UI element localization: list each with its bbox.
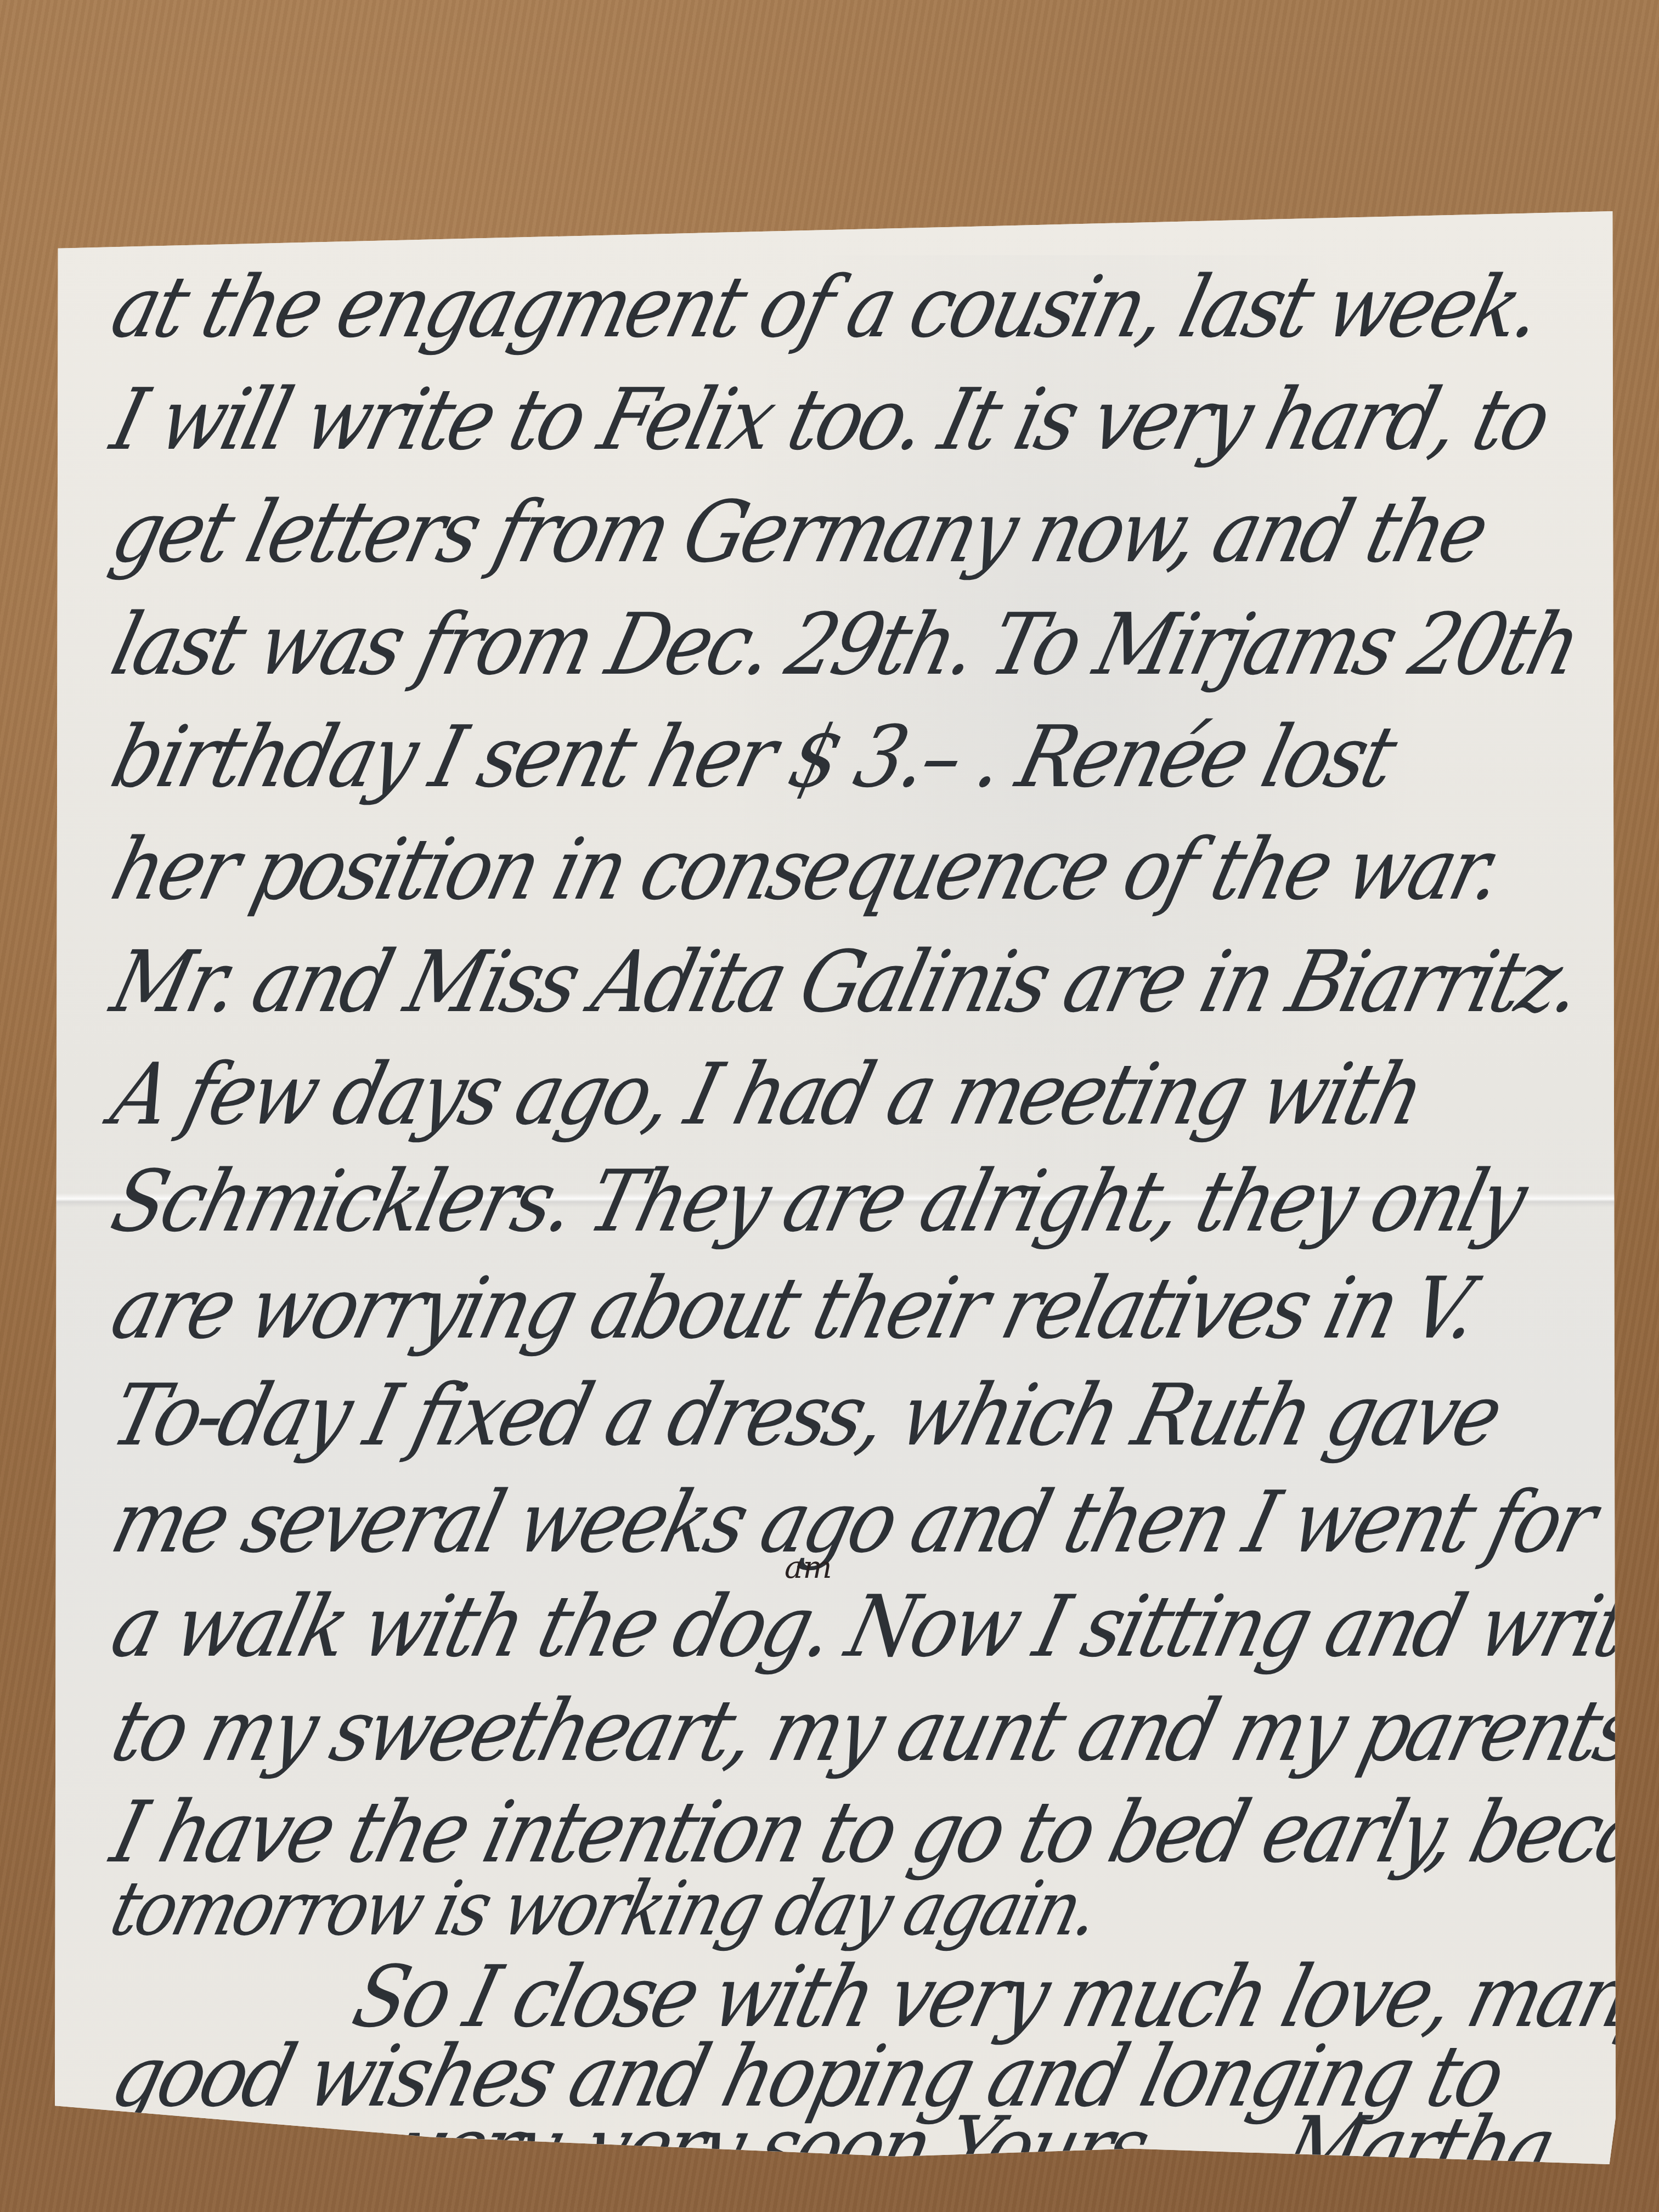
letter-line: I will write to Felix too. It is very ha… <box>104 377 1556 462</box>
letter-line: To-day I fixed a dress, which Ruth gave <box>104 1373 1507 1458</box>
letter-line: to my sweetheart, my aunt and my parents… <box>104 1689 1659 1774</box>
letter-line: her position in consequence of the war. <box>104 827 1508 912</box>
letter-line: Schmicklers. They are alright, they only <box>104 1159 1532 1244</box>
letter-page: at the engagment of a cousin, last week.… <box>55 211 1616 2164</box>
letter-line: A few days ago, I had a meeting with <box>104 1052 1429 1137</box>
letter-line: birthday I sent her $ 3.– . Renée lost <box>104 715 1401 800</box>
letter-line: me several weeks ago and then I went for <box>104 1480 1601 1565</box>
inserted-word-am: am <box>785 1550 832 1585</box>
letter-line: I have the intention to go to bed early,… <box>104 1790 1659 1875</box>
letter-line: Mr. and Miss Adita Galinis are in Biarri… <box>104 940 1587 1025</box>
signature: Martha <box>1132 2098 1562 2197</box>
letter-line: tomorrow is working day again. <box>104 1871 1104 1946</box>
letter-line: at the engagment of a cousin, last week. <box>104 265 1548 350</box>
letter-line: are worrying about their relatives in V. <box>104 1266 1484 1351</box>
letter-line: get letters from Germany now, and the <box>104 490 1493 575</box>
letter-line: a walk with the dog. Now I sitting and w… <box>104 1584 1659 1669</box>
closing-text: see you very, very soon Yours <box>103 2098 1156 2197</box>
letter-line: last was from Dec. 29th. To Mirjams 20th <box>104 602 1585 687</box>
letter-closing-line: see you very, very soon YoursMartha <box>104 2106 1560 2191</box>
